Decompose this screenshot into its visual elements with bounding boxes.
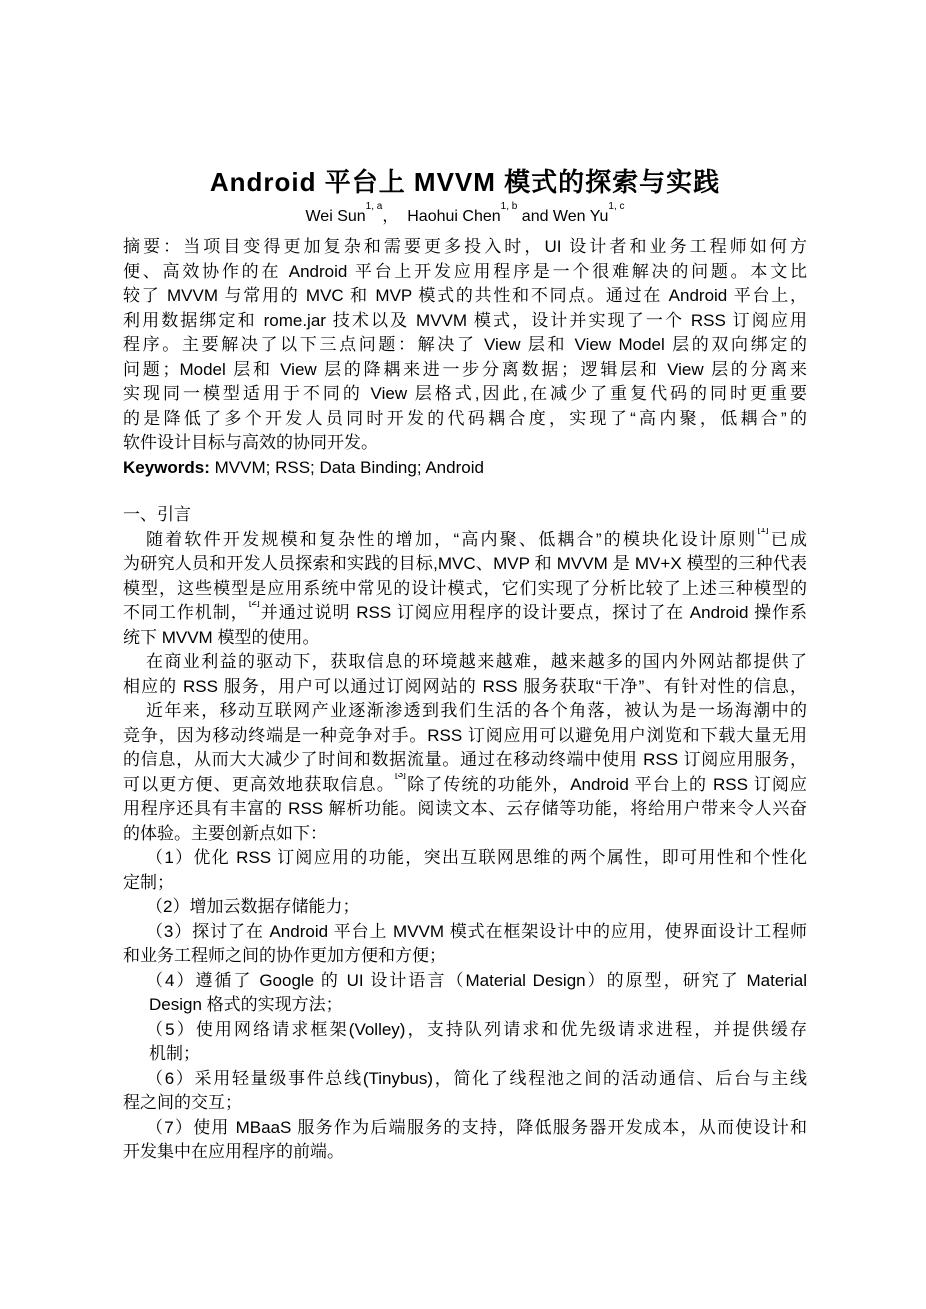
text-line: 随着软件开发规模和复杂性的增加，“高内聚、低耦合”的模块化设计原则[1]已成 [123, 528, 807, 553]
paper-title: Android 平台上 MVVM 模式的探索与实践 [123, 166, 807, 198]
text-line: 的是降低了多个开发人员同时开发的代码耦合度，实现了“高内聚，低耦合”的 [123, 407, 807, 432]
document-page: Android 平台上 MVVM 模式的探索与实践 Wei Sun1, a， H… [0, 0, 926, 1309]
text-line: 实现同一模型适用于不同的 View 层格式,因此,在减少了重复代码的同时更重要 [123, 382, 807, 407]
text-line: 可以更方便、更高效地获取信息。[3]除了传统的功能外，Android 平台上的 … [123, 773, 807, 798]
keywords-label: Keywords: [123, 458, 210, 477]
text-line: 相应的 RSS 服务，用户可以通过订阅网站的 RSS 服务获取“干净”、有针对性… [123, 675, 807, 700]
text-line: Design 格式的实现方法； [123, 993, 807, 1018]
keywords-line: Keywords: MVVM; RSS; Data Binding; Andro… [123, 456, 807, 481]
text-line: 程序。主要解决了以下三点问题：解决了 View 层和 View Model 层的… [123, 333, 807, 358]
text-line: 定制； [123, 871, 807, 896]
text-line: （4）遵循了 Google 的 UI 设计语言（Material Design）… [123, 969, 807, 994]
page-content: Android 平台上 MVVM 模式的探索与实践 Wei Sun1, a， H… [123, 166, 807, 1165]
text-line: 问题；Model 层和 View 层的降耦来进一步分离数据；逻辑层和 View … [123, 358, 807, 383]
text-line: （2）增加云数据存储能力； [123, 895, 807, 920]
abstract-block: 摘要：当项目变得更加复杂和需要更多投入时，UI 设计者和业务工程师如何方便、高效… [123, 235, 807, 480]
text-line: 较了 MVVM 与常用的 MVC 和 MVP 模式的共性和不同点。通过在 And… [123, 284, 807, 309]
text-line: 利用数据绑定和 rome.jar 技术以及 MVVM 模式，设计并实现了一个 R… [123, 309, 807, 334]
text-line: 软件设计目标与高效的协同开发。 [123, 431, 807, 456]
text-line: （3）探讨了在 Android 平台上 MVVM 模式在框架设计中的应用，使界面… [123, 920, 807, 945]
abstract-lines: 摘要：当项目变得更加复杂和需要更多投入时，UI 设计者和业务工程师如何方便、高效… [123, 235, 807, 456]
text-line: 的体验。主要创新点如下： [123, 822, 807, 847]
text-line: 便、高效协作的在 Android 平台上开发应用程序是一个很难解决的问题。本文比 [123, 260, 807, 285]
text-line: （5）使用网络请求框架(Volley)，支持队列请求和优先级请求进程，并提供缓存 [123, 1018, 807, 1043]
text-line: 统下 MVVM 模型的使用。 [123, 626, 807, 651]
text-line: 的信息，从而大大减少了时间和数据流量。通过在移动终端中使用 RSS 订阅应用服务… [123, 748, 807, 773]
text-line: 和业务工程师之间的协作更加方便和方便； [123, 944, 807, 969]
superscript-ref: 1, b [501, 201, 518, 212]
introduction-lines: 随着软件开发规模和复杂性的增加，“高内聚、低耦合”的模块化设计原则[1]已成为研… [123, 528, 807, 1165]
superscript-ref: [2] [249, 601, 260, 608]
text-line: （6）采用轻量级事件总线(Tinybus)，简化了线程池之间的活动通信、后台与主… [123, 1067, 807, 1092]
superscript-ref: [1] [757, 528, 768, 535]
superscript-ref: [3] [395, 773, 406, 780]
text-line: 用程序还具有丰富的 RSS 解析功能。阅读文本、云存储等功能，将给用户带来令人兴… [123, 797, 807, 822]
text-line: 开发集中在应用程序的前端。 [123, 1140, 807, 1165]
superscript-ref: 1, c [608, 201, 624, 212]
text-line: 竞争，因为移动终端是一种竞争对手。RSS 订阅应用可以避免用户浏览和下载大量无用 [123, 724, 807, 749]
text-line: 在商业利益的驱动下，获取信息的环境越来越难，越来越多的国内外网站都提供了 [123, 650, 807, 675]
superscript-ref: 1, a [366, 201, 383, 212]
text-line: 不同工作机制，[2]并通过说明 RSS 订阅应用程序的设计要点，探讨了在 And… [123, 601, 807, 626]
keywords-text: MVVM; RSS; Data Binding; Android [210, 458, 484, 477]
text-line: 摘要：当项目变得更加复杂和需要更多投入时，UI 设计者和业务工程师如何方 [123, 235, 807, 260]
text-line: 为研究人员和开发人员探索和实践的目标,MVC、MVP 和 MVVM 是 MV+X… [123, 552, 807, 577]
text-line: 机制； [123, 1042, 807, 1067]
text-line: （7）使用 MBaaS 服务作为后端服务的支持，降低服务器开发成本，从而使设计和 [123, 1116, 807, 1141]
authors-line: Wei Sun1, a， Haohui Chen1, b and Wen Yu1… [123, 206, 807, 228]
text-line: （1）优化 RSS 订阅应用的功能，突出互联网思维的两个属性，即可用性和个性化 [123, 846, 807, 871]
section-heading-introduction: 一、引言 [123, 503, 807, 528]
text-line: 模型，这些模型是应用系统中常见的设计模式，它们实现了分析比较了上述三种模型的 [123, 577, 807, 602]
text-line: 近年来，移动互联网产业逐渐渗透到我们生活的各个角落，被认为是一场海潮中的 [123, 699, 807, 724]
text-line: 程之间的交互； [123, 1091, 807, 1116]
